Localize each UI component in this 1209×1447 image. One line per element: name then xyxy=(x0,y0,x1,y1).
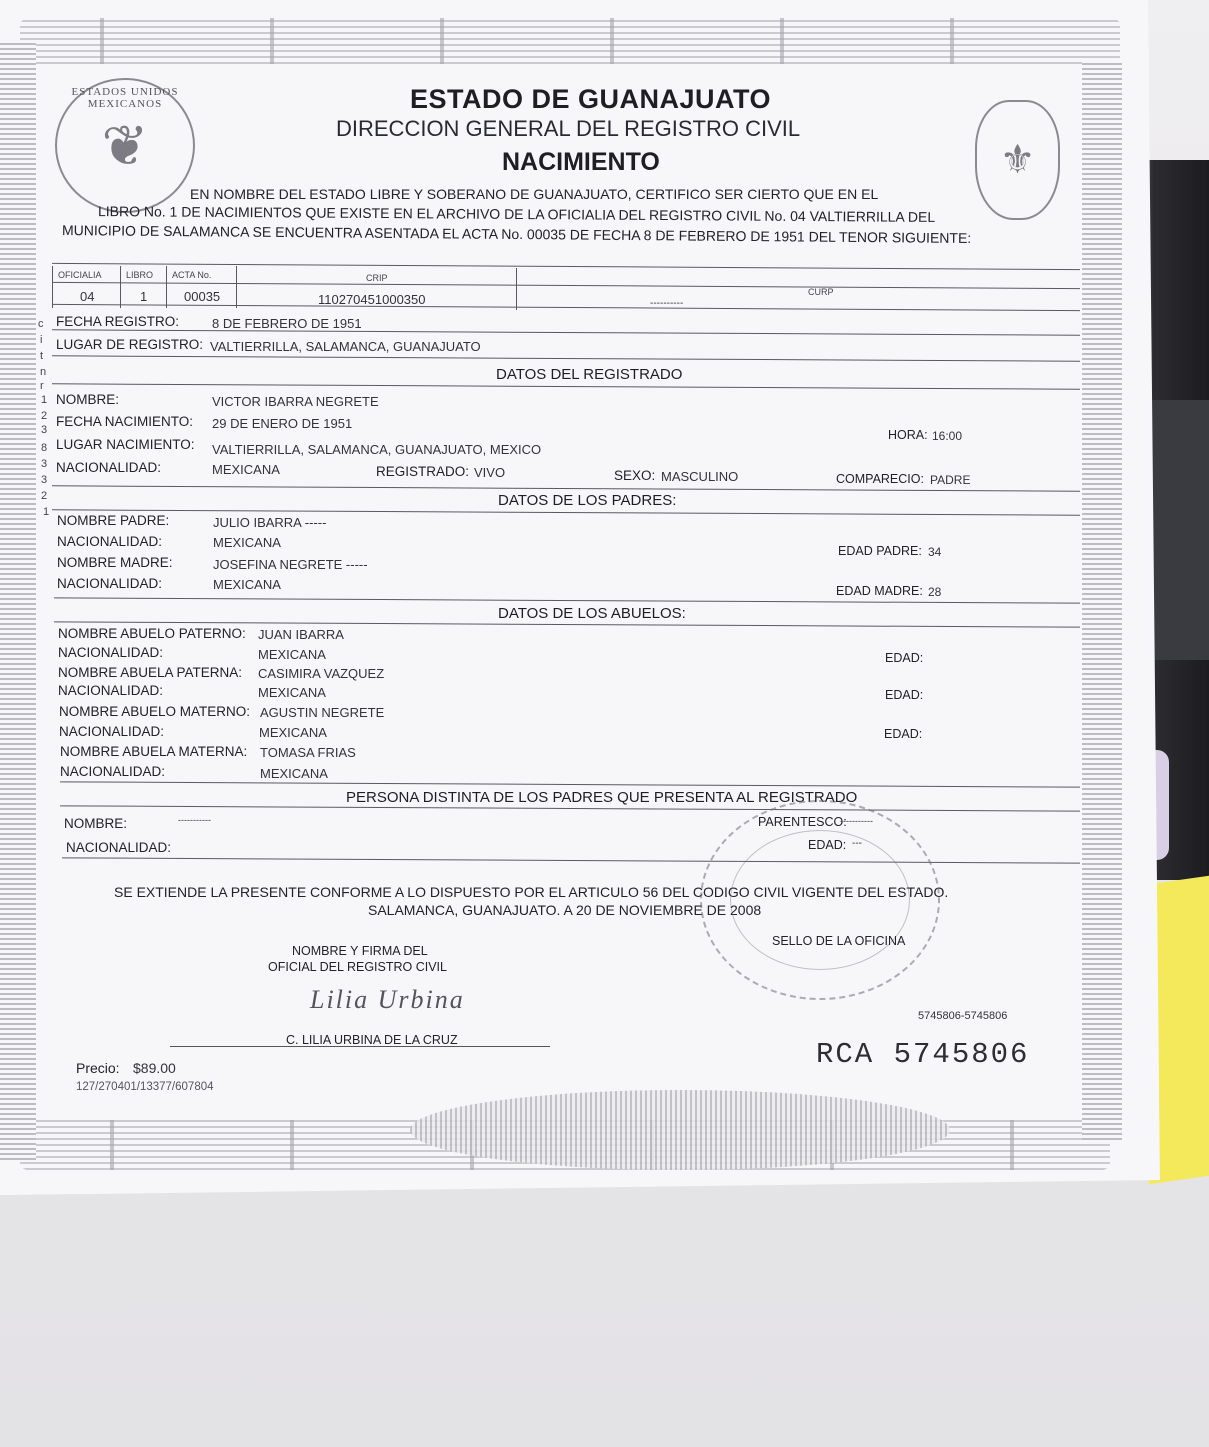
hora-value: 16:00 xyxy=(932,429,962,443)
firma-label-line-2: OFICIAL DEL REGISTRO CIVIL xyxy=(268,960,447,974)
table-rule xyxy=(52,509,1080,515)
hora-label: HORA: xyxy=(888,428,928,442)
comparecio-label: COMPARECIO: xyxy=(836,472,924,486)
section-persona-distinta: PERSONA DISTINTA DE LOS PADRES QUE PRESE… xyxy=(346,789,857,806)
office-seal-stamp-inner xyxy=(730,830,910,970)
side-code-char: 3 xyxy=(41,474,47,486)
lugar-nacimiento-label: LUGAR NACIMIENTO: xyxy=(56,437,195,452)
libro-value: 1 xyxy=(140,289,147,304)
intro-line-1: EN NOMBRE DEL ESTADO LIBRE Y SOBERANO DE… xyxy=(190,186,878,202)
side-code-char: t xyxy=(40,350,43,362)
abuela-paterna-label: NOMBRE ABUELA PATERNA: xyxy=(58,665,242,680)
abuelo-paterno-nacionalidad-label: NACIONALIDAD: xyxy=(58,645,163,660)
side-code-char: c xyxy=(38,318,44,330)
side-code-char: 2 xyxy=(41,410,47,422)
header-crip: CRIP xyxy=(366,273,388,283)
abuela-materna-nacionalidad-label: NACIONALIDAD: xyxy=(60,764,165,779)
eagle-coat-of-arms-icon: ❦ xyxy=(102,113,149,179)
lugar-registro-label: LUGAR DE REGISTRO: xyxy=(56,337,203,352)
serial-range: 5745806-5745806 xyxy=(918,1010,1007,1022)
table-rule xyxy=(236,266,237,308)
ornamental-border-right xyxy=(1082,60,1122,1140)
table-rule xyxy=(54,597,1080,603)
precio-label: Precio: xyxy=(76,1060,120,1076)
fecha-nacimiento-value: 29 DE ENERO DE 1951 xyxy=(212,416,352,431)
presentante-nombre-label: NOMBRE: xyxy=(64,816,127,831)
registrado-value: VIVO xyxy=(474,465,505,480)
header-oficialia: OFICIALIA xyxy=(58,270,102,280)
side-code-char: 8 xyxy=(41,442,47,454)
abuela-paterna-nacionalidad-label: NACIONALIDAD: xyxy=(58,683,163,698)
section-datos-registrado: DATOS DEL REGISTRADO xyxy=(496,366,682,383)
state-title: ESTADO DE GUANAJUATO xyxy=(410,84,771,115)
mexico-seal: ESTADOS UNIDOS MEXICANOS ❦ xyxy=(55,78,195,213)
fecha-nacimiento-label: FECHA NACIMIENTO: xyxy=(56,414,193,429)
table-rule xyxy=(52,329,1080,335)
side-code-char: 1 xyxy=(43,506,49,518)
table-rule xyxy=(52,266,53,308)
nombre-value: VICTOR IBARRA NEGRETE xyxy=(212,394,379,409)
nacionalidad-value: MEXICANA xyxy=(212,462,280,477)
side-code-char: r xyxy=(40,380,44,392)
abuelo-paterno-nacionalidad-value: MEXICANA xyxy=(258,647,326,662)
control-number: 127/270401/13377/607804 xyxy=(76,1081,214,1093)
ornamental-border-top xyxy=(20,18,1120,64)
edad-madre-value: 28 xyxy=(928,585,941,599)
comparecio-value: PADRE xyxy=(930,473,970,487)
registrado-label: REGISTRADO: xyxy=(376,464,469,479)
side-code-char: 2 xyxy=(41,490,47,502)
side-code-char: i xyxy=(40,334,42,346)
ornamental-border-left xyxy=(0,40,36,1160)
header-libro: LIBRO xyxy=(126,270,153,280)
abuela-paterna-nacionalidad-value: MEXICANA xyxy=(258,685,326,700)
abuelo-materno-edad-label: EDAD: xyxy=(884,727,922,741)
side-code-char: 1 xyxy=(41,394,47,406)
abuelo-materno-nacionalidad-label: NACIONALIDAD: xyxy=(59,724,164,739)
lugar-registro-value: VALTIERRILLA, SALAMANCA, GUANAJUATO xyxy=(210,339,481,354)
section-datos-abuelos: DATOS DE LOS ABUELOS: xyxy=(498,605,686,622)
table-rule xyxy=(52,304,1080,311)
edad-padre-value: 34 xyxy=(928,545,941,559)
sexo-label: SEXO: xyxy=(614,468,655,483)
sexo-value: MASCULINO xyxy=(661,469,738,484)
presentante-nombre-value: ----------- xyxy=(178,815,211,825)
nombre-madre-value: JOSEFINA NEGRETE ----- xyxy=(213,557,368,572)
side-code-char: n xyxy=(40,366,46,378)
abuela-materna-nacionalidad-value: MEXICANA xyxy=(260,766,328,781)
sello-oficina-label: SELLO DE LA OFICINA xyxy=(772,934,905,948)
oficialia-value: 04 xyxy=(80,289,94,304)
edad-madre-label: EDAD MADRE: xyxy=(836,584,923,598)
birth-certificate-document: ESTADOS UNIDOS MEXICANOS ❦ ⚜ ESTADO DE G… xyxy=(0,0,1160,1195)
abuelo-materno-label: NOMBRE ABUELO MATERNO: xyxy=(59,704,250,719)
edad-padre-label: EDAD PADRE: xyxy=(838,544,922,558)
abuela-materna-label: NOMBRE ABUELA MATERNA: xyxy=(60,744,247,759)
table-rule xyxy=(52,383,1080,389)
intro-line-2: LIBRO No. 1 DE NACIMIENTOS QUE EXISTE EN… xyxy=(98,203,935,225)
table-rule xyxy=(60,781,1080,787)
handwritten-signature: Lilia Urbina xyxy=(310,985,465,1015)
table-rule xyxy=(60,805,1080,811)
table-rule xyxy=(120,266,121,308)
official-name: C. LILIA URBINA DE LA CRUZ xyxy=(286,1033,458,1047)
precio-value: $89.00 xyxy=(133,1060,176,1076)
table-rule xyxy=(166,266,167,308)
agency-title: DIRECCION GENERAL DEL REGISTRO CIVIL xyxy=(336,116,800,142)
ornamental-oval xyxy=(410,1090,950,1170)
crip-value: 110270451000350 xyxy=(318,292,426,307)
nacionalidad-madre-label: NACIONALIDAD: xyxy=(57,576,162,591)
firma-label-line-1: NOMBRE Y FIRMA DEL xyxy=(292,944,428,958)
abuelo-paterno-label: NOMBRE ABUELO PATERNO: xyxy=(58,626,246,641)
document-type-title: NACIMIENTO xyxy=(502,148,660,177)
nombre-padre-label: NOMBRE PADRE: xyxy=(57,513,169,528)
side-code-char: 3 xyxy=(41,424,47,436)
guanajuato-coat-of-arms-icon: ⚜ xyxy=(975,100,1060,220)
abuela-paterna-value: CASIMIRA VAZQUEZ xyxy=(258,666,384,681)
table-rule xyxy=(516,268,517,310)
abuelo-materno-value: AGUSTIN NEGRETE xyxy=(260,705,384,720)
nacionalidad-label: NACIONALIDAD: xyxy=(56,460,161,475)
nombre-label: NOMBRE: xyxy=(56,392,119,407)
nacionalidad-padre-value: MEXICANA xyxy=(213,535,281,550)
lugar-nacimiento-value: VALTIERRILLA, SALAMANCA, GUANAJUATO, MEX… xyxy=(212,442,541,457)
abuelo-materno-nacionalidad-value: MEXICANA xyxy=(259,725,327,740)
seal-ring-text: ESTADOS UNIDOS MEXICANOS xyxy=(57,86,193,110)
nombre-madre-label: NOMBRE MADRE: xyxy=(57,555,173,570)
intro-line-3: MUNICIPIO DE SALAMANCA SE ENCUENTRA ASEN… xyxy=(62,222,971,246)
abuela-paterna-edad-label: EDAD: xyxy=(885,688,923,702)
acta-value: 00035 xyxy=(184,289,220,304)
section-datos-padres: DATOS DE LOS PADRES: xyxy=(498,492,676,509)
header-curp: CURP xyxy=(808,287,834,297)
table-rule xyxy=(52,355,1080,361)
header-acta: ACTA No. xyxy=(172,270,211,280)
abuela-materna-value: TOMASA FRIAS xyxy=(260,745,356,760)
curp-value: ---------- xyxy=(650,298,683,309)
table-rule xyxy=(52,485,1080,491)
nacionalidad-padre-label: NACIONALIDAD: xyxy=(57,534,162,549)
fecha-registro-value: 8 DE FEBRERO DE 1951 xyxy=(212,316,362,331)
nacionalidad-madre-value: MEXICANA xyxy=(213,577,281,592)
abuelo-paterno-value: JUAN IBARRA xyxy=(258,627,344,642)
side-code-char: 3 xyxy=(41,458,47,470)
folio-number: RCA 5745806 xyxy=(816,1038,1029,1071)
abuelo-paterno-edad-label: EDAD: xyxy=(885,651,923,665)
fecha-registro-label: FECHA REGISTRO: xyxy=(56,314,179,329)
presentante-nacionalidad-label: NACIONALIDAD: xyxy=(66,840,171,855)
nombre-padre-value: JULIO IBARRA ----- xyxy=(213,515,326,530)
background-monitor-edge xyxy=(1149,400,1209,660)
